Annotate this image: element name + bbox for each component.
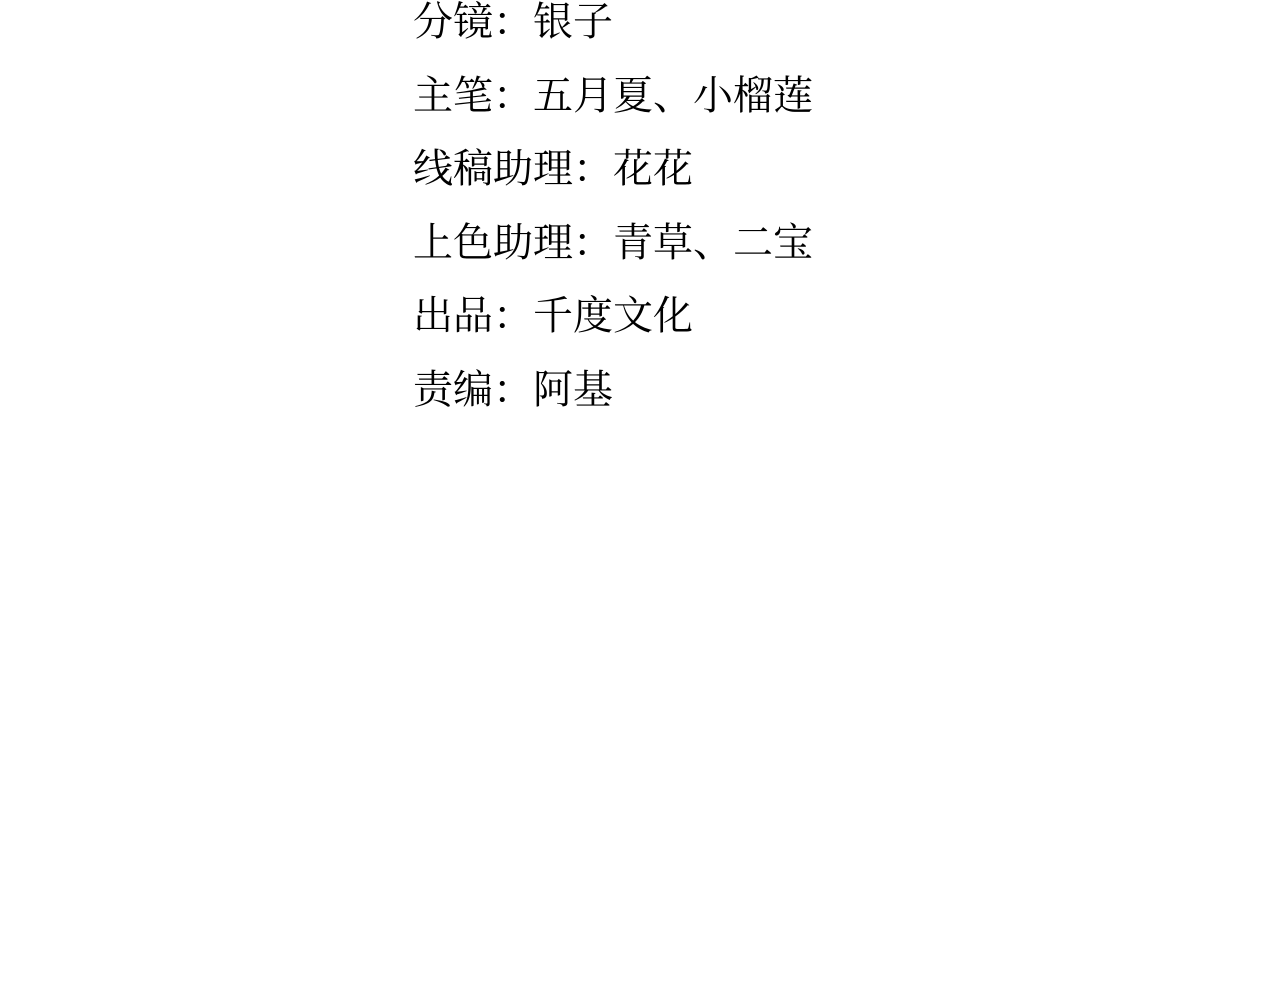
credit-line-lineart-assistant: 线稿助理：花花 [413,149,813,189]
credit-line-editor: 责编：阿基 [413,370,813,410]
credit-line-producer: 出品：千度文化 [413,296,813,336]
credit-line-lead-artist: 主笔：五月夏、小榴莲 [413,76,813,116]
credits-block: 分镜：银子 主笔：五月夏、小榴莲 线稿助理：花花 上色助理：青草、二宝 出品：千… [413,2,813,443]
credit-line-storyboard: 分镜：银子 [413,2,813,42]
credit-line-coloring-assistant: 上色助理：青草、二宝 [413,223,813,263]
